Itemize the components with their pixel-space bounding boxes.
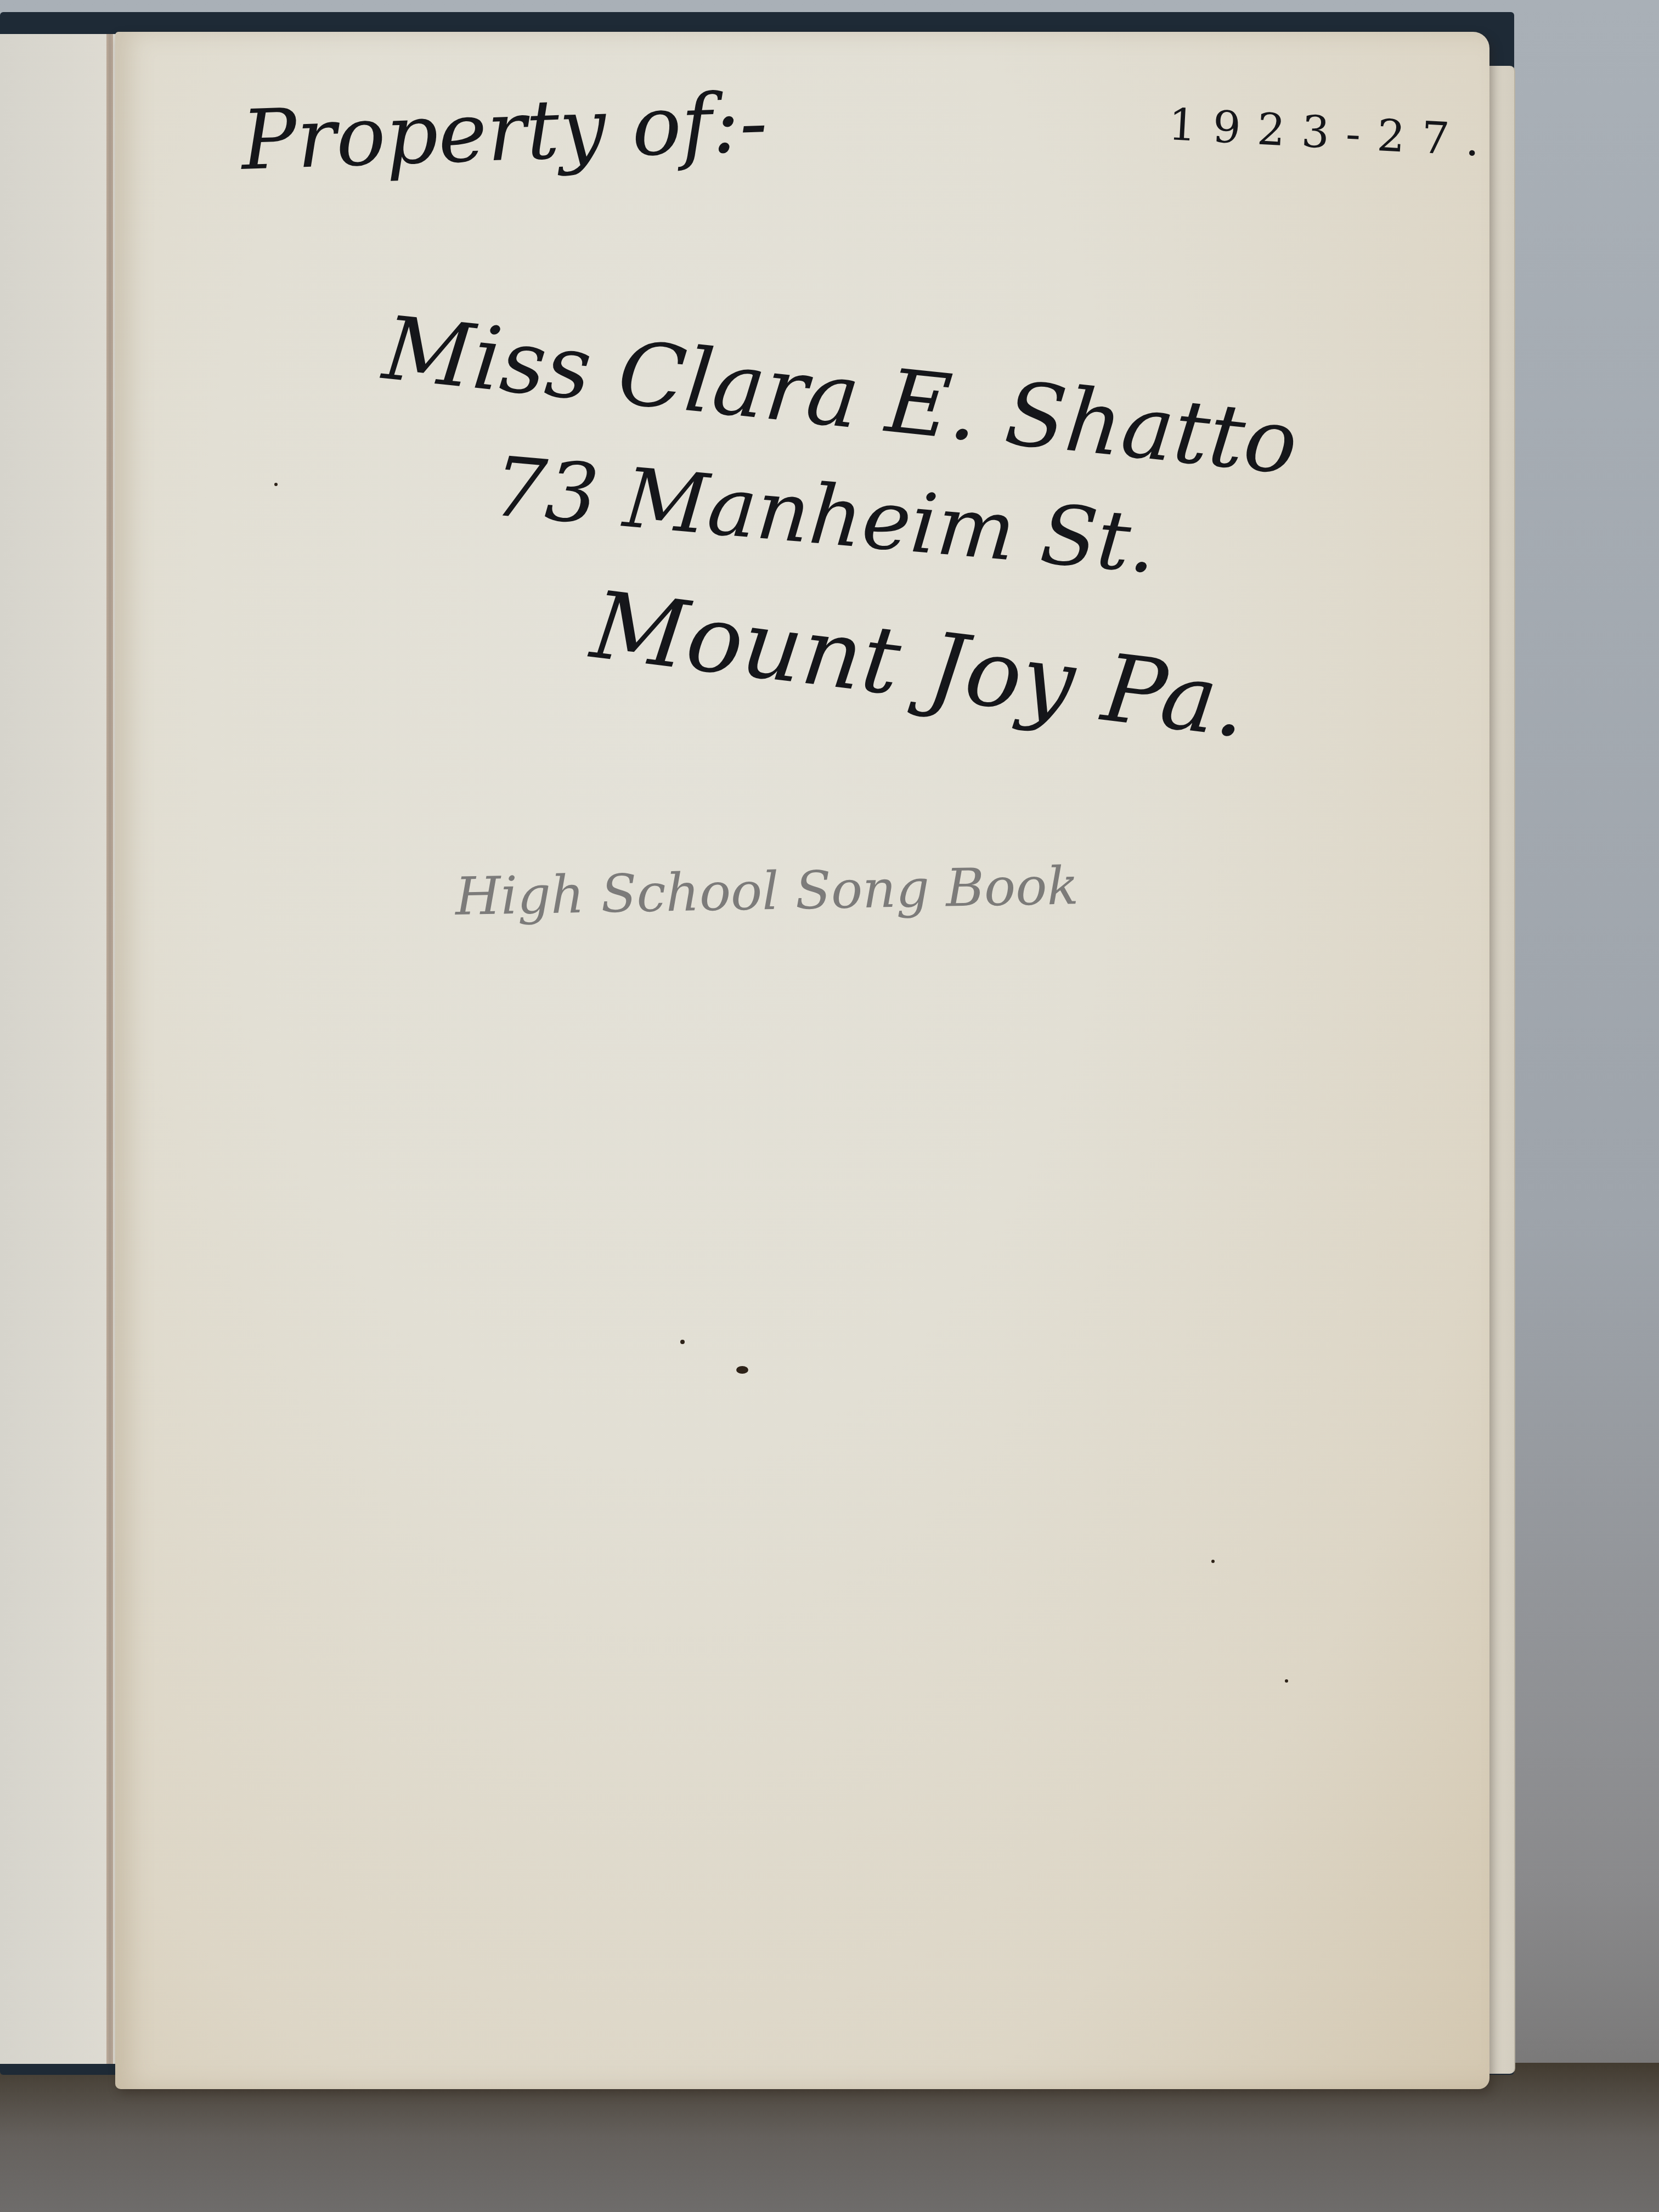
paper-speck xyxy=(680,1340,685,1344)
property-of-heading: Property of:- xyxy=(240,75,769,189)
pencil-book-title-note: High School Song Book xyxy=(455,856,1079,927)
paper-speck xyxy=(274,483,278,486)
paper-speck xyxy=(1285,1679,1288,1683)
paper-speck xyxy=(736,1366,748,1374)
gutter-stain xyxy=(106,34,113,2064)
paper-speck xyxy=(1211,1560,1215,1563)
